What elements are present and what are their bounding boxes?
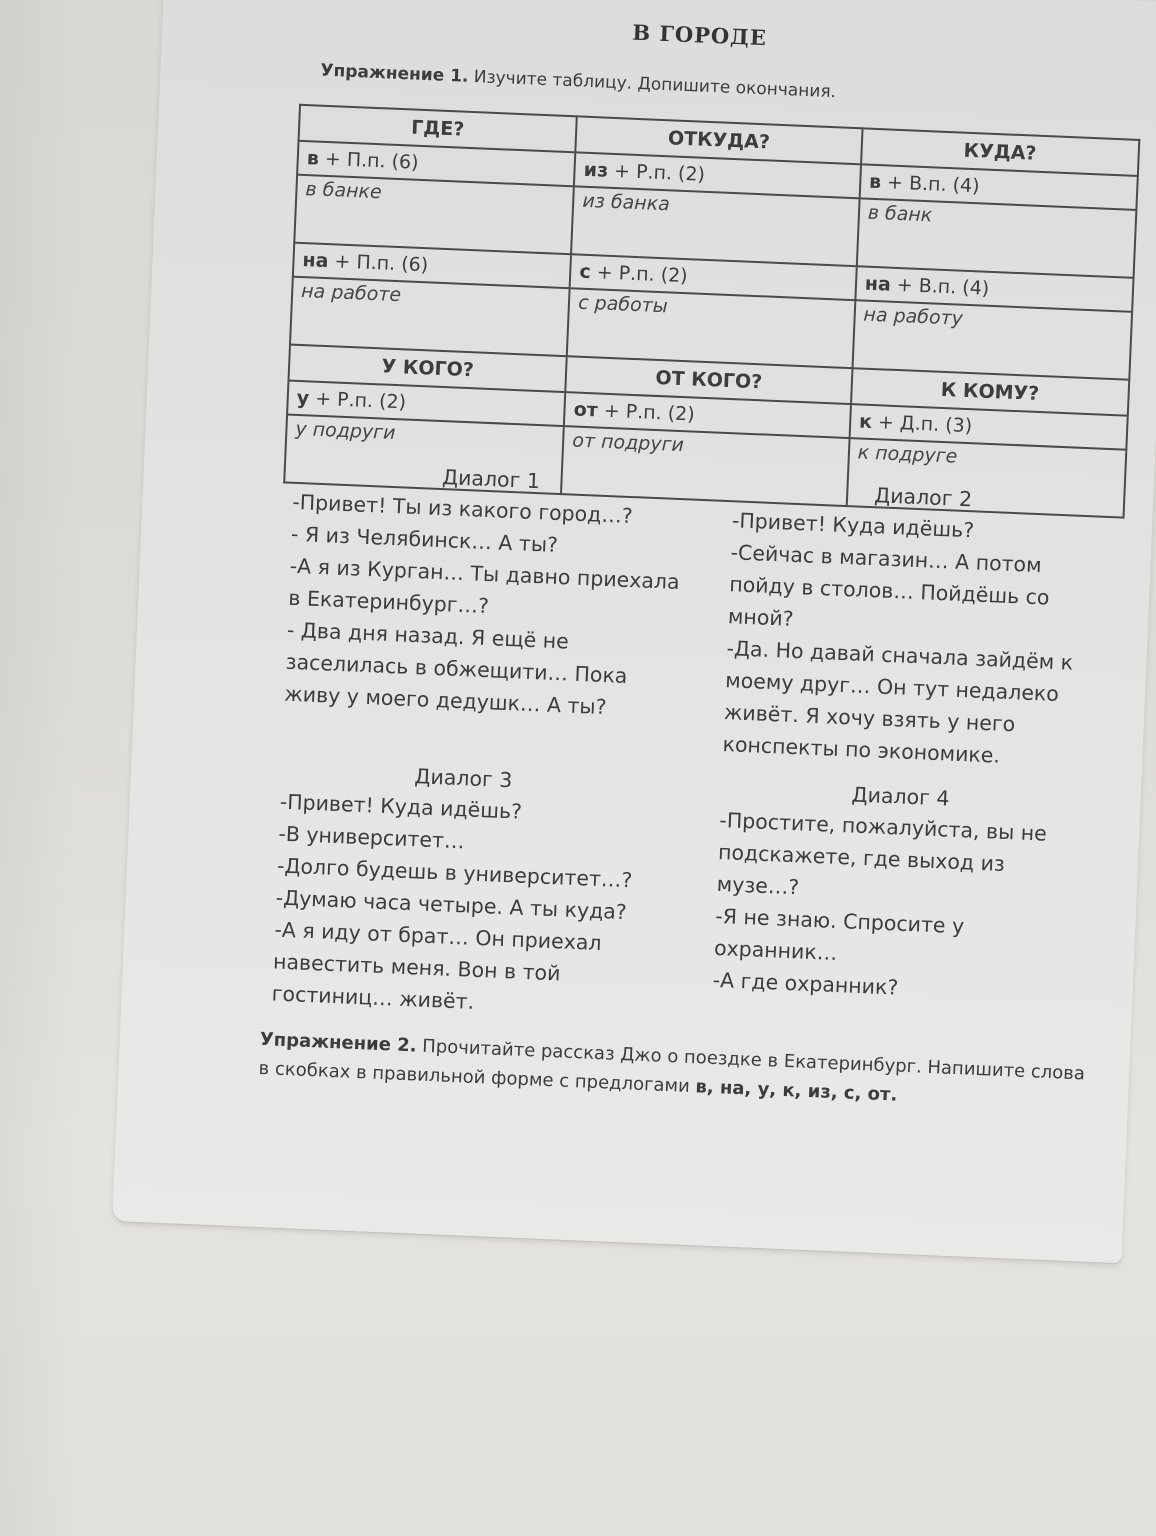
example-cell: в банке xyxy=(294,175,574,255)
section-title: В ГОРОДЕ xyxy=(632,20,768,51)
exercise-2-label: Упражнение 2. xyxy=(259,1029,417,1057)
case-rule: + Р.п. (2) xyxy=(597,400,695,426)
dialog-4: Диалог 4 -Простите, пожалуйста, вы не по… xyxy=(712,774,1081,1011)
case-rule: + П.п. (6) xyxy=(318,148,419,174)
table-surface-shadow xyxy=(0,0,80,1536)
case-rule: + Р.п. (2) xyxy=(608,160,706,186)
case-rule: + П.п. (6) xyxy=(328,250,429,276)
dialog-1: Диалог 1 -Привет! Ты из какого город…? -… xyxy=(284,456,689,726)
case-rule: + В.п. (4) xyxy=(890,274,989,300)
exercise-1-text: Изучите таблицу. Допишите окончания. xyxy=(473,67,836,102)
exercise-2-instruction: Упражнение 2. Прочитайте рассказ Джо о п… xyxy=(258,1025,1090,1118)
preposition: из xyxy=(583,159,608,182)
example-cell: на работе xyxy=(290,277,570,357)
preposition: к xyxy=(859,410,873,433)
exercise-1-label: Упражнение 1. xyxy=(320,61,469,87)
worksheet-page: В ГОРОДЕ Упражнение 1. Изучите таблицу. … xyxy=(112,0,1156,1263)
dialog-2: Диалог 2 -Привет! Куда идёшь? -Сейчас в … xyxy=(722,474,1114,776)
example-cell: в банк xyxy=(857,198,1137,278)
case-rule: + Р.п. (2) xyxy=(590,261,688,287)
page-content: В ГОРОДЕ Упражнение 1. Изучите таблицу. … xyxy=(303,6,1152,42)
dialog-3: Диалог 3 -Привет! Куда идёшь? -В универс… xyxy=(271,756,646,1025)
case-rule: + Р.п. (2) xyxy=(309,387,407,413)
case-rule: + В.п. (4) xyxy=(881,171,980,197)
example-cell: на работу xyxy=(852,300,1132,380)
exercise-1-instruction: Упражнение 1. Изучите таблицу. Допишите … xyxy=(320,61,836,103)
preposition: от xyxy=(573,399,598,422)
example-cell: из банка xyxy=(571,186,859,266)
preposition: в xyxy=(869,171,882,193)
case-rule: + Д.п. (3) xyxy=(872,411,973,437)
prepositions-cases-table: ГДЕ? ОТКУДА? КУДА? в + П.п. (6) из + Р.п… xyxy=(283,104,1140,519)
example-cell: с работы xyxy=(567,288,855,368)
preposition: на xyxy=(864,273,891,296)
exercise-2-prepositions: в, на, у, к, из, с, от. xyxy=(695,1076,898,1105)
preposition: в xyxy=(306,147,319,169)
preposition: на xyxy=(302,249,329,272)
